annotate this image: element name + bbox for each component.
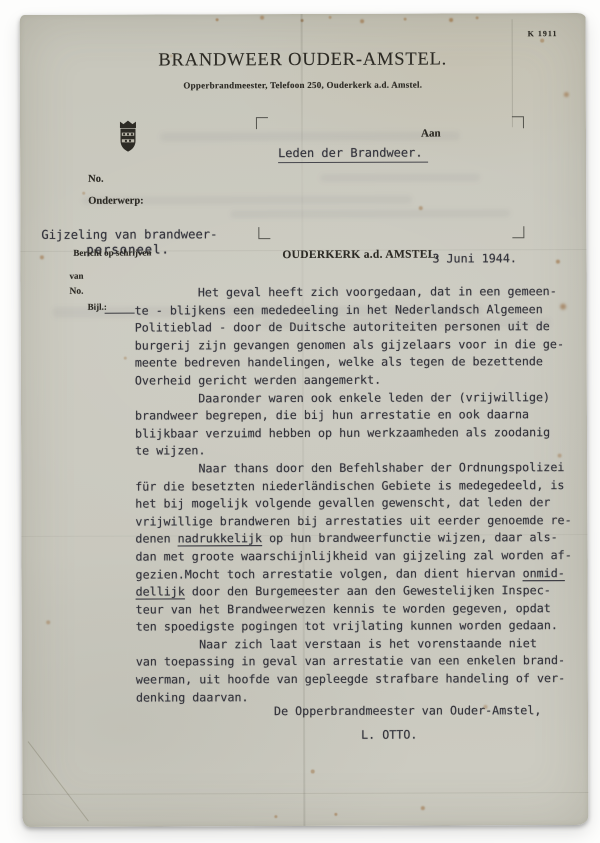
body-text: van toepassing in geval van arrestatie v… (136, 654, 565, 669)
body-line: burgerij zijn gevangen genomen als gijze… (135, 336, 590, 355)
body-text: Naar zich laat verstaan is het vorenstaa… (136, 636, 537, 651)
body-line: Het geval heeft zich voorgedaan, dat in … (135, 283, 590, 302)
address-window-corner-bottom-left (258, 227, 270, 239)
no2-label: No. (70, 287, 84, 297)
body-line: Naar thans door den Befehlshaber der Ord… (135, 459, 590, 478)
body-text: meente bedreven handelingen, welke als t… (135, 355, 543, 370)
onderwerp-label: Onderwerp: (88, 196, 143, 207)
address-window-corner-top-left (256, 117, 268, 129)
body-line: dellijk door den Burgemeester aan den Ge… (136, 582, 591, 601)
corner-fold-crease (28, 741, 89, 821)
body-line: Politieblad - door de Duitsche autoritei… (135, 318, 590, 337)
body-text: blijkbaar verzuimd hebben op hun werkzaa… (135, 425, 550, 440)
bericht-op-schrijven-label: Bericht op schrijven (73, 248, 151, 258)
letter-body: Het geval heeft zich voorgedaan, dat in … (135, 283, 591, 707)
body-line: Daaronder waren ook enkele leden der (vr… (135, 389, 590, 408)
right-top-crease (512, 19, 513, 127)
place-label: OUDERKERK a.d. AMSTEL, (282, 249, 438, 262)
body-line: van toepassing in geval van arrestatie v… (136, 652, 591, 671)
underlined-text: onmid- (523, 566, 565, 580)
body-text: weerman, uit hoofde van gepleegde strafb… (136, 671, 565, 686)
body-line: weerman, uit hoofde van gepleegde strafb… (136, 670, 591, 689)
body-line: meente bedreven handelingen, welke als t… (135, 353, 590, 372)
body-text: het bij mogelijk volgende gevallen gewen… (135, 495, 550, 510)
no-label: No. (88, 174, 104, 185)
body-line: Naar zich laat verstaan is het vorenstaa… (136, 635, 591, 654)
body-text: burgerij zijn gevangen genomen als gijze… (135, 337, 564, 352)
body-text: Overheid gericht werden aangemerkt. (135, 373, 381, 388)
body-text: brandweer begrepen, die bij hun arrestat… (135, 407, 529, 422)
letterhead-title: BRANDWEER OUDER-AMSTEL. (20, 49, 586, 72)
body-text: te wijzen. (135, 444, 205, 458)
body-text: op hun brandweerfunctie wijzen, daar als… (262, 530, 558, 545)
underlined-text: nadrukkelijk (178, 531, 263, 545)
body-line: dan met groote waarschijnlijkheid van gi… (135, 547, 590, 566)
letterhead-subtitle: Opperbrandmeester, Telefoon 250, Ouderke… (20, 79, 586, 91)
body-line: brandweer begrepen, die bij hun arrestat… (135, 406, 590, 425)
bleedthrough-smudge (320, 173, 480, 182)
body-line: te wijzen. (135, 441, 590, 460)
underlined-text: dellijk (136, 585, 185, 599)
body-line: für die besetzten niederländischen Gebie… (135, 477, 590, 496)
van-label: van (69, 271, 83, 281)
body-text: für die besetzten niederländischen Gebie… (135, 478, 564, 493)
body-text: denen (135, 532, 177, 546)
body-text: vrijwillige brandweren bij arrestaties u… (135, 513, 571, 529)
body-line: vrijwillige brandweren bij arrestaties u… (135, 512, 590, 531)
addressee-line: Leden der Brandweer. (278, 146, 428, 164)
body-line: ten spoedigste pogingen tot vrijlating k… (136, 617, 591, 636)
bijl-dash-mark (105, 313, 135, 314)
body-line: Overheid gericht werden aangemerkt. (135, 371, 590, 390)
archive-stamp: K 1911 (528, 29, 558, 38)
body-line: het bij mogelijk volgende gevallen gewen… (135, 494, 590, 513)
body-text: door den Burgemeester aan den Gewestelij… (185, 583, 551, 598)
scan-background: K 1911 BRANDWEER OUDER-AMSTEL. Opperbran… (0, 0, 600, 843)
subject-line-1: Gijzeling van brandweer- (41, 227, 217, 242)
body-text: te - blijkens een mededeeling in het Ned… (135, 302, 543, 317)
body-text: teur van het Brandweerwezen kennis te wo… (136, 601, 551, 616)
coat-of-arms-icon (117, 120, 139, 154)
aan-label: Aan (421, 128, 441, 140)
letter-paper: K 1911 BRANDWEER OUDER-AMSTEL. Opperbran… (20, 13, 589, 827)
typed-date: 3 Juni 1944. (432, 251, 517, 265)
address-window-corner-bottom-right (512, 226, 524, 238)
bleedthrough-smudge (160, 131, 460, 141)
body-text: dan met groote waarschijnlijkheid van gi… (135, 548, 571, 564)
bijl-label: Bijl.: (88, 302, 107, 312)
body-text: gezien.Mocht toch arrestatie volgen, dan… (136, 566, 523, 581)
body-text: Het geval heeft zich voorgedaan, dat in … (135, 284, 557, 299)
body-line: blijkbaar verzuimd hebben op hun werkzaa… (135, 424, 590, 443)
body-text: Naar thans door den Befehlshaber der Ord… (135, 460, 564, 475)
bleedthrough-smudge (230, 209, 510, 218)
body-text: Daaronder waren ook enkele leden der (vr… (135, 390, 550, 405)
closing-signature-name: L. OTTO. (361, 728, 417, 742)
foxing-spots (20, 15, 23, 18)
closing-signature-title: De Opperbrandmeester van Ouder-Amstel, (274, 703, 541, 718)
body-text: ten spoedigste pogingen tot vrijlating k… (136, 618, 558, 633)
body-text: Politieblad - door de Duitsche autoritei… (135, 319, 550, 334)
body-line: teur van het Brandweerwezen kennis te wo… (136, 600, 591, 619)
body-line: te - blijkens een mededeeling in het Ned… (135, 301, 590, 320)
address-window-corner-top-right (512, 116, 524, 128)
body-text: denking daarvan. (136, 690, 249, 704)
body-line: denen nadrukkelijk op hun brandweerfunct… (135, 529, 590, 548)
body-line: gezien.Mocht toch arrestatie volgen, dan… (136, 565, 591, 584)
